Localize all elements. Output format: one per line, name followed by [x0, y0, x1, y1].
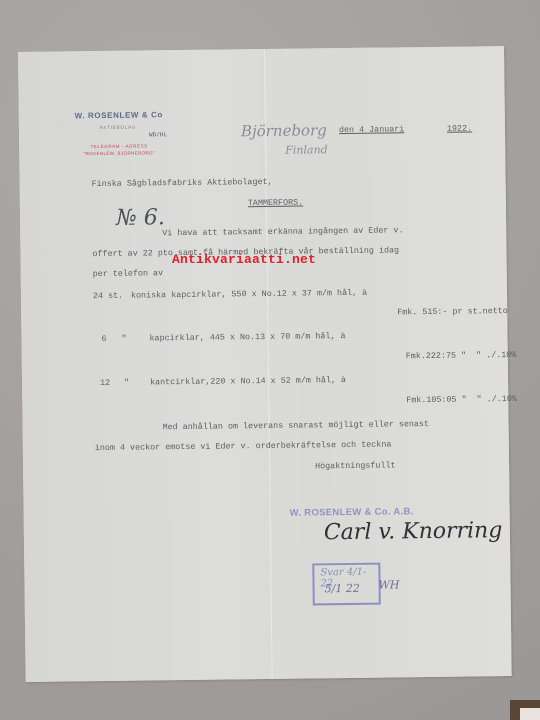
- item-1-qty: 24 st.: [93, 291, 123, 301]
- letterhead-reference: WD/HL: [149, 131, 167, 138]
- received-stamp: Svar 4/1-22 5/1 22: [312, 563, 381, 606]
- item-2-desc: kapcirklar, 445 x No.13 x 70 m/m hål, à: [149, 331, 345, 343]
- letterhead: W. ROSENLEW & Co AKTIEBOLAG. WD/HL TELEG…: [49, 110, 190, 157]
- body-intro-line1: Vi hava att tacksamt erkänna ingången av…: [162, 225, 403, 238]
- letterhead-telegram-label: TELEGRAM - ADRESS: [49, 143, 189, 150]
- item-3-desc: kantcirklar,220 x No.14 x 52 m/m hål, à: [150, 375, 346, 387]
- recipient-name: Finska Sågbladsfabriks Aktiebolaget,: [92, 177, 273, 189]
- item-1-price: Fmk. 515:- pr st.netto: [397, 306, 508, 317]
- item-3-price: Fmk.105:05 " " ./.10%: [406, 394, 517, 405]
- letter-paper: W. ROSENLEW & Co AKTIEBOLAG. WD/HL TELEG…: [18, 46, 512, 682]
- company-stamp: W. ROSENLEW & Co. A.B.: [290, 506, 414, 519]
- dateline-country: Finland: [285, 143, 328, 157]
- received-stamp-line2: 5/1 22: [325, 582, 360, 595]
- signature: Carl v. Knorring: [324, 518, 503, 545]
- item-3-ditto: ": [124, 378, 129, 388]
- object-corner-inner: [520, 708, 540, 720]
- closing-line2: inom 4 veckor emotse vi Eder v. orderbek…: [95, 439, 392, 453]
- recipient-city: TAMMERFORS.: [248, 198, 303, 209]
- letterhead-telegram-address: "ROSENLEW, BJÖRNEBORG": [49, 150, 189, 157]
- item-2-price: Fmk.222:75 " " ./.10%: [406, 350, 517, 361]
- letterhead-subtitle: AKTIEBOLAG.: [49, 124, 189, 131]
- dateline-place: Björneborg: [241, 121, 327, 140]
- item-2-ditto: ": [121, 334, 126, 344]
- received-stamp-initials: WH: [378, 578, 399, 591]
- salutation: Högaktningsfullt: [315, 460, 396, 471]
- item-1-desc: koniska kapcirklar, 550 x No.12 x 37 m/m…: [131, 288, 367, 301]
- handwritten-number: № 6.: [116, 205, 165, 231]
- watermark: Antikvariaatti.net: [172, 252, 316, 267]
- closing-line1: Med anhållan om leverans snarast möjligt…: [163, 419, 429, 432]
- dateline-date: den 4 Januari: [339, 124, 404, 135]
- body-intro-line3: per telefon av: [93, 268, 163, 279]
- dateline-year: 1922.: [447, 123, 472, 133]
- letterhead-company: W. ROSENLEW & Co: [49, 110, 189, 121]
- item-2-qty: 6: [101, 334, 106, 344]
- paper-fold: [264, 49, 273, 679]
- item-3-qty: 12: [100, 378, 110, 388]
